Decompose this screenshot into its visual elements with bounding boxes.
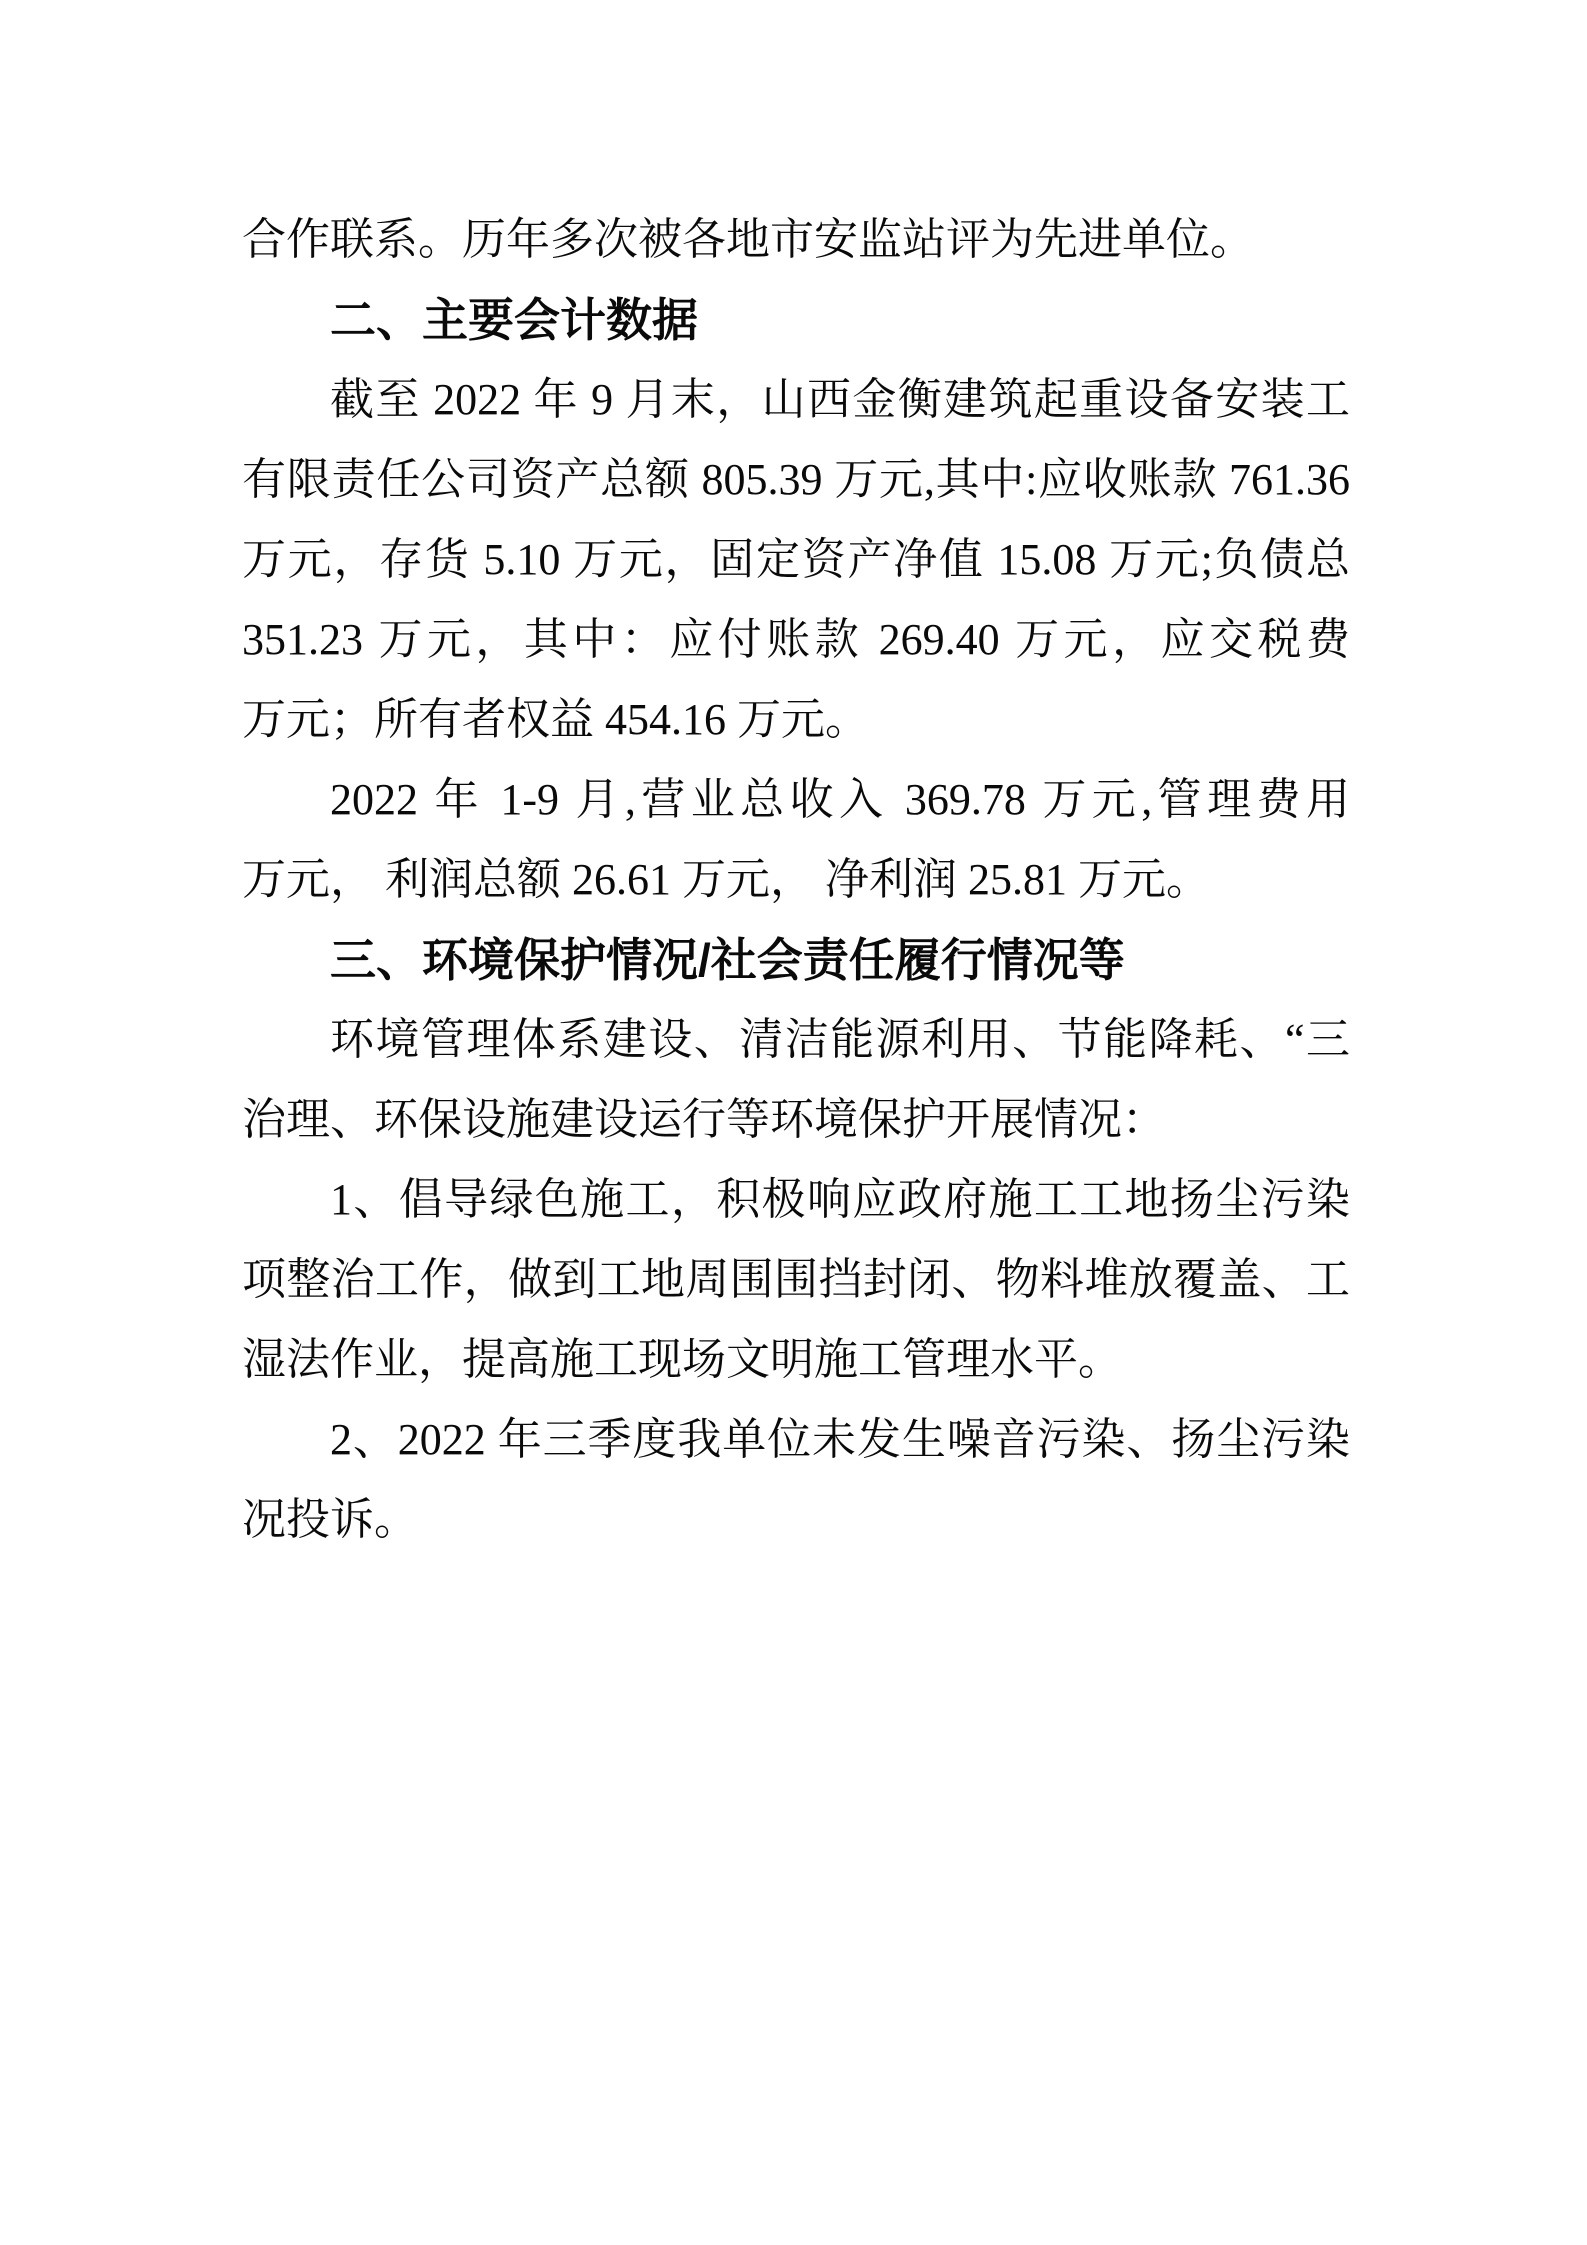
heading-line: 二、主要会计数据	[242, 280, 1350, 360]
text-line: 截至 2022 年 9 月末，山西金衡建筑起重设备安装工程	[242, 360, 1350, 440]
text-line: 万元；所有者权益 454.16 万元。	[242, 680, 1350, 760]
heading-main-accounting-data: 二、主要会计数据	[242, 280, 1350, 360]
text-line: 351.23 万元，其中：应付账款 269.40 万元，应交税费 8.38	[242, 600, 1350, 680]
text-line: 治理、环保设施建设运行等环境保护开展情况：	[242, 1080, 1350, 1160]
heading-environment-social-responsibility: 三、环境保护情况/社会责任履行情况等	[242, 920, 1350, 1000]
para-green-construction: 1、倡导绿色施工，积极响应政府施工工地扬尘污染专项整治工作，做到工地周围围挡封闭…	[242, 1160, 1350, 1400]
text-line: 有限责任公司资产总额 805.39 万元,其中:应收账款 761.36	[242, 440, 1350, 520]
text-line: 项整治工作，做到工地周围围挡封闭、物料堆放覆盖、工地	[242, 1240, 1350, 1320]
text-line: 万元， 利润总额 26.61 万元， 净利润 25.81 万元。	[242, 840, 1350, 920]
para-previous-page-tail: 合作联系。历年多次被各地市安监站评为先进单位。	[242, 200, 1350, 280]
para-income-statement-figures: 2022 年 1-9 月,营业总收入 369.78 万元,管理费用 50.45万…	[242, 760, 1350, 920]
document-page: 合作联系。历年多次被各地市安监站评为先进单位。二、主要会计数据截至 2022 年…	[0, 0, 1587, 2245]
text-line: 环境管理体系建设、清洁能源利用、节能降耗、“三废”	[242, 1000, 1350, 1080]
document-content: 合作联系。历年多次被各地市安监站评为先进单位。二、主要会计数据截至 2022 年…	[242, 200, 1350, 1560]
para-balance-sheet-figures: 截至 2022 年 9 月末，山西金衡建筑起重设备安装工程有限责任公司资产总额 …	[242, 360, 1350, 760]
text-line: 合作联系。历年多次被各地市安监站评为先进单位。	[242, 200, 1350, 280]
text-line: 湿法作业，提高施工现场文明施工管理水平。	[242, 1320, 1350, 1400]
para-environment-overview: 环境管理体系建设、清洁能源利用、节能降耗、“三废”治理、环保设施建设运行等环境保…	[242, 1000, 1350, 1160]
para-no-pollution-complaints: 2、2022 年三季度我单位未发生噪音污染、扬尘污染情况投诉。	[242, 1400, 1350, 1560]
text-line: 2022 年 1-9 月,营业总收入 369.78 万元,管理费用 50.45	[242, 760, 1350, 840]
text-line: 况投诉。	[242, 1480, 1350, 1560]
heading-line: 三、环境保护情况/社会责任履行情况等	[242, 920, 1350, 1000]
text-line: 1、倡导绿色施工，积极响应政府施工工地扬尘污染专	[242, 1160, 1350, 1240]
text-line: 2、2022 年三季度我单位未发生噪音污染、扬尘污染情	[242, 1400, 1350, 1480]
text-line: 万元，存货 5.10 万元，固定资产净值 15.08 万元;负债总额	[242, 520, 1350, 600]
